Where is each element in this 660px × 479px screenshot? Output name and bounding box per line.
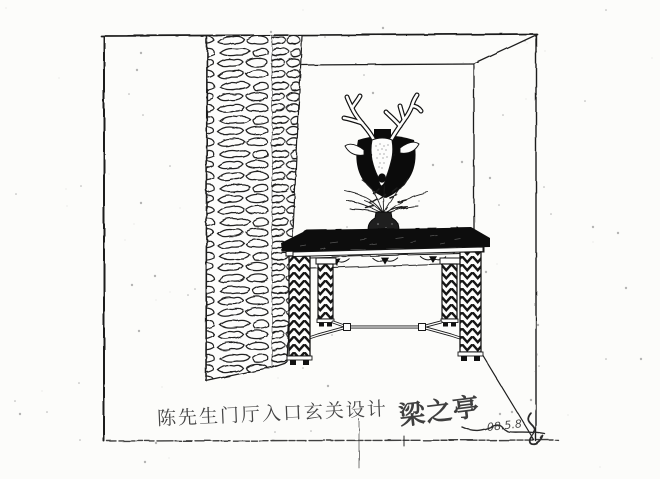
- ceiling-corner-line: [474, 35, 536, 64]
- mounted-deer-head-trophy: [344, 95, 421, 198]
- table-front-right-leg: [457, 245, 484, 361]
- deer-nose: [378, 173, 386, 182]
- deer-right-eye: [393, 154, 395, 156]
- sketch-page: 陈先生门厅入口玄关设计 梁之亭 08.5.8: [0, 0, 660, 479]
- stacked-stone-accent-column: [206, 36, 302, 381]
- console-table-chevron-legs: [281, 227, 490, 365]
- table-rear-right-leg: [440, 258, 460, 327]
- table-front-left-leg: [286, 249, 313, 365]
- table-rear-left-leg: [316, 258, 336, 327]
- deer-left-eye: [370, 154, 372, 156]
